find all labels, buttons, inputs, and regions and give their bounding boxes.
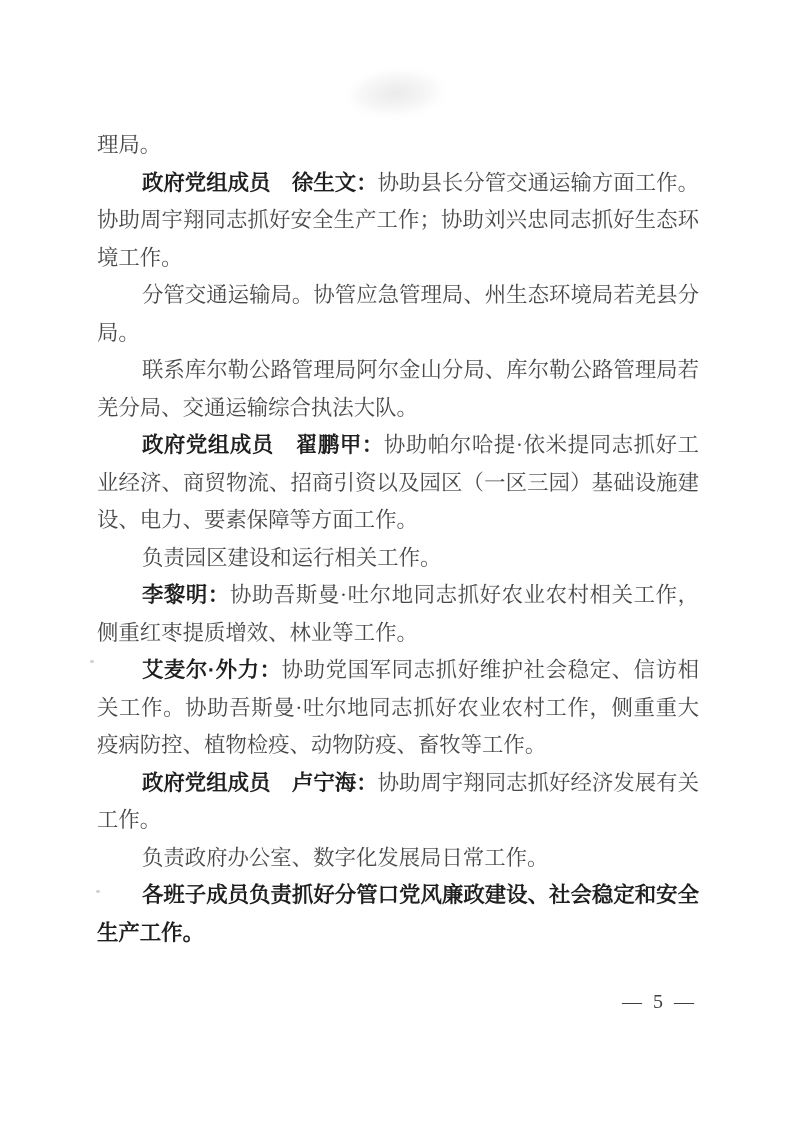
body-text: 联系库尔勒公路管理局阿尔金山分局、库尔勒公路管理局若羌分局、交通运输综合执法大队… bbox=[97, 358, 699, 420]
paragraph: 各班子成员负责抓好分管口党风廉政建设、社会稳定和安全生产工作。 bbox=[97, 877, 699, 952]
document-body: 理局。政府党组成员 徐生文：协助县长分管交通运输方面工作。协助周宇翔同志抓好安全… bbox=[97, 127, 699, 952]
paragraph: 政府党组成员 徐生文：协助县长分管交通运输方面工作。协助周宇翔同志抓好安全生产工… bbox=[97, 165, 699, 278]
emphasis-text: 李黎明： bbox=[142, 583, 230, 607]
emphasis-text: 政府党组成员 翟鹏甲： bbox=[142, 433, 384, 457]
paragraph: 政府党组成员 翟鹏甲：协助帕尔哈提·依米提同志抓好工业经济、商贸物流、招商引资以… bbox=[97, 427, 699, 540]
body-text: 负责政府办公室、数字化发展局日常工作。 bbox=[142, 846, 548, 870]
body-text: 理局。 bbox=[97, 133, 161, 157]
paragraph: 政府党组成员 卢宁海：协助周宇翔同志抓好经济发展有关工作。 bbox=[97, 765, 699, 840]
scan-speck bbox=[90, 660, 94, 663]
emphasis-text: 各班子成员负责抓好分管口党风廉政建设、社会稳定和安全生产工作。 bbox=[97, 883, 699, 945]
page-number: — 5 — bbox=[622, 991, 697, 1014]
paragraph: 艾麦尔·外力：协助党国军同志抓好维护社会稳定、信访相关工作。协助吾斯曼·吐尔地同… bbox=[97, 652, 699, 765]
paragraph: 理局。 bbox=[97, 127, 699, 165]
paragraph: 负责政府办公室、数字化发展局日常工作。 bbox=[97, 840, 699, 878]
body-text: 分管交通运输局。协管应急管理局、州生态环境局若羌县分局。 bbox=[97, 283, 699, 345]
document-page: 理局。政府党组成员 徐生文：协助县长分管交通运输方面工作。协助周宇翔同志抓好安全… bbox=[0, 0, 792, 1126]
paragraph: 负责园区建设和运行相关工作。 bbox=[97, 540, 699, 578]
scan-smudge bbox=[347, 67, 446, 120]
paragraph: 李黎明：协助吾斯曼·吐尔地同志抓好农业农村相关工作，侧重红枣提质增效、林业等工作… bbox=[97, 577, 699, 652]
emphasis-text: 政府党组成员 卢宁海： bbox=[142, 771, 378, 795]
emphasis-text: 政府党组成员 徐生文： bbox=[142, 171, 378, 195]
body-text: 负责园区建设和运行相关工作。 bbox=[142, 546, 441, 570]
emphasis-text: 艾麦尔·外力： bbox=[142, 658, 282, 682]
paragraph: 分管交通运输局。协管应急管理局、州生态环境局若羌县分局。 bbox=[97, 277, 699, 352]
paragraph: 联系库尔勒公路管理局阿尔金山分局、库尔勒公路管理局若羌分局、交通运输综合执法大队… bbox=[97, 352, 699, 427]
